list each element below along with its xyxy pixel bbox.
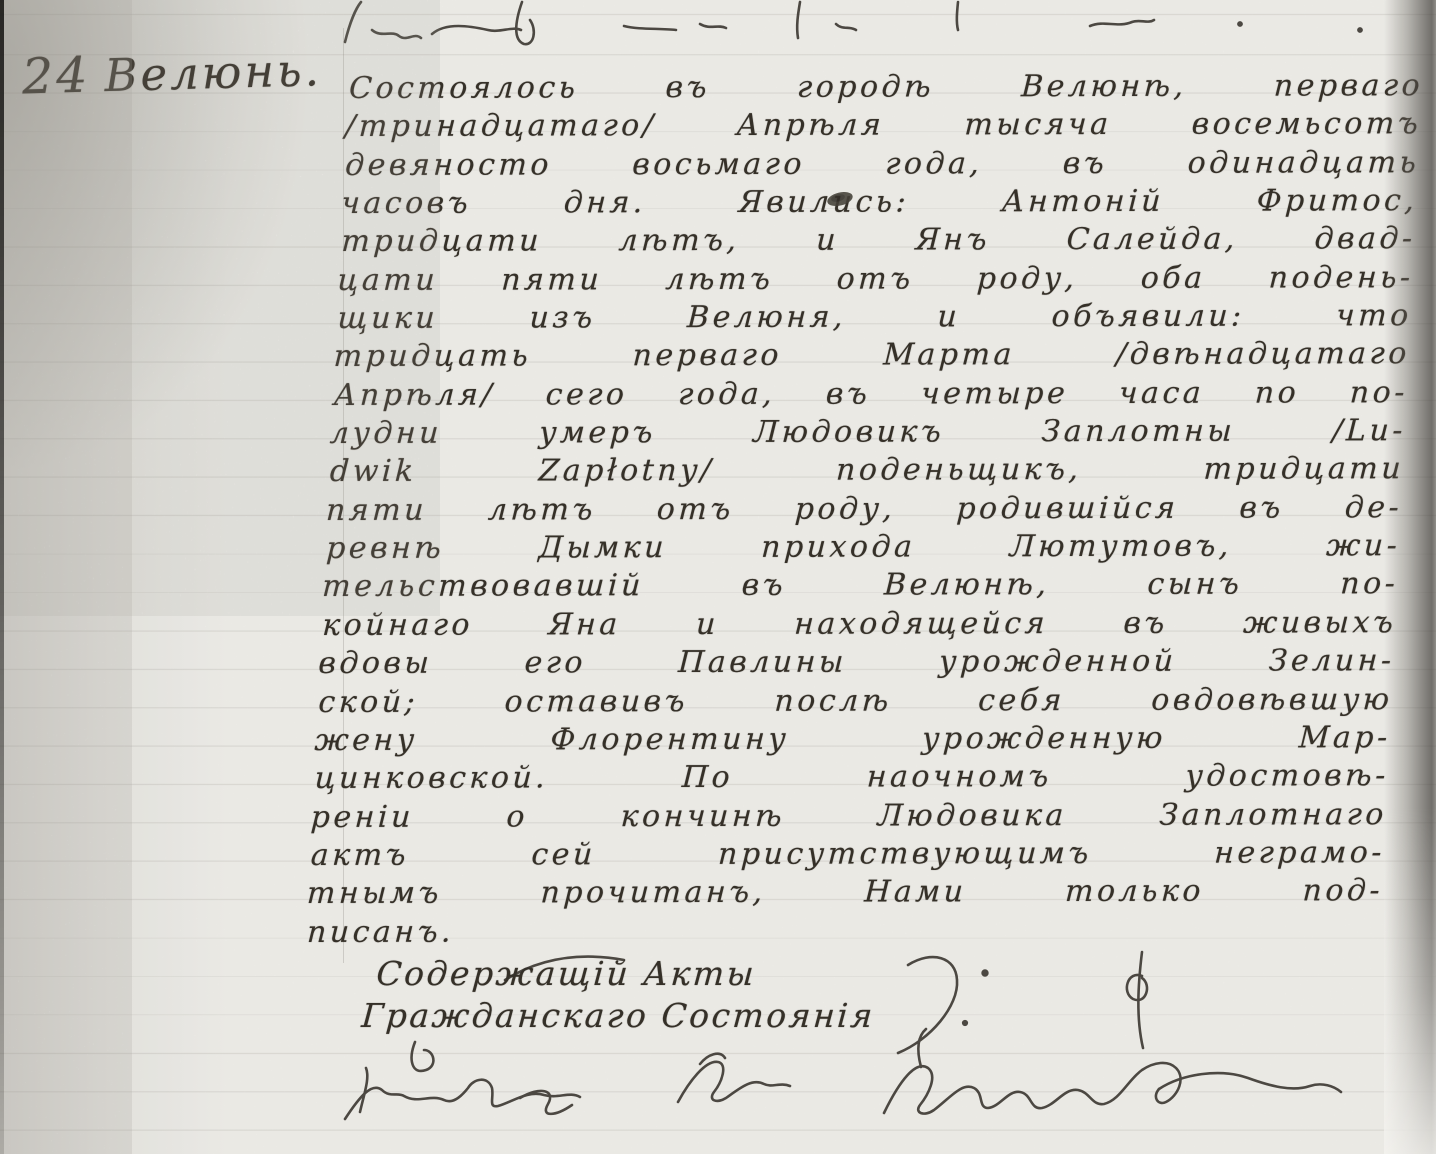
record-number: 24 <box>21 47 91 106</box>
record-line: тридцать перваго Марта /двѣнадцатаго <box>333 336 1411 377</box>
record-line: тельствовавшій въ Велюнѣ, сынъ по- <box>321 566 1399 607</box>
record-line: лудни умеръ Людовикъ Заплотны /Lu- <box>329 412 1407 453</box>
record-line: ской; оставивъ послѣ себя овдовѣвшую <box>318 681 1394 722</box>
place-name: Велюнь. <box>104 43 323 102</box>
margin-heading: 24Велюнь. <box>21 40 342 106</box>
record-line: часовъ дня. Явились: Антоній Фритос, <box>340 182 1418 223</box>
signature-right <box>884 1029 1341 1114</box>
record-line: цинковской. По наочномъ удостовѣ- <box>314 757 1390 798</box>
previous-record-fragment <box>345 2 1362 44</box>
record-line: dwik Zapłotny/ поденьщикъ, тридцати <box>329 451 1405 492</box>
closing-line: Содержащій Акты <box>363 953 879 995</box>
record-line: вдовы его Павлины урожденной Зелин- <box>317 642 1395 683</box>
record-body: Состоялось въ городѣ Велюнѣ, перваго /тр… <box>304 67 1424 952</box>
record-line: Апрѣля/ сего года, въ четыре часа по по- <box>333 374 1409 415</box>
signature-middle <box>678 1054 790 1102</box>
record-line: тнымъ прочитанъ, Нами только под- <box>306 872 1384 913</box>
record-line: пяти лѣтъ отъ роду, родившійся въ де- <box>325 489 1403 530</box>
signature-left <box>345 1068 580 1119</box>
closing-formula: Содержащій Акты Гражданскаго Состоянія <box>360 953 879 1037</box>
record-line: тридцати лѣтъ, и Янъ Салейда, двад- <box>340 221 1416 262</box>
record-line: койнаго Яна и находящейся въ живыхъ <box>321 604 1397 645</box>
record-line: писанъ. <box>306 911 1382 952</box>
scan-left-edge <box>0 0 4 1154</box>
closing-line: Гражданскаго Состоянія <box>360 995 876 1037</box>
document-scan: 24Велюнь. Состоялось въ городѣ Велюнѣ, п… <box>0 0 1436 1154</box>
record-line: ревнѣ Дымки прихода Лютутовъ, жи- <box>325 527 1401 568</box>
record-line: реніи о кончинѣ Людовика Заплотнаго <box>310 796 1388 837</box>
record-line: девяносто восьмаго года, въ одинадцать <box>344 144 1420 185</box>
record-line: актъ сей присутствующимъ неграмо- <box>310 834 1386 875</box>
record-line: Состоялось въ городѣ Велюнѣ, перваго <box>348 67 1424 108</box>
record-line: цати пяти лѣтъ отъ роду, оба подень- <box>337 259 1415 300</box>
record-line: /тринадцатаго/ Апрѣля тысяча восемьсотъ <box>344 106 1422 147</box>
record-line: щики изъ Велюня, и объявили: что <box>337 297 1413 338</box>
record-line: жену Флорентину урожденную Мар- <box>314 719 1392 760</box>
